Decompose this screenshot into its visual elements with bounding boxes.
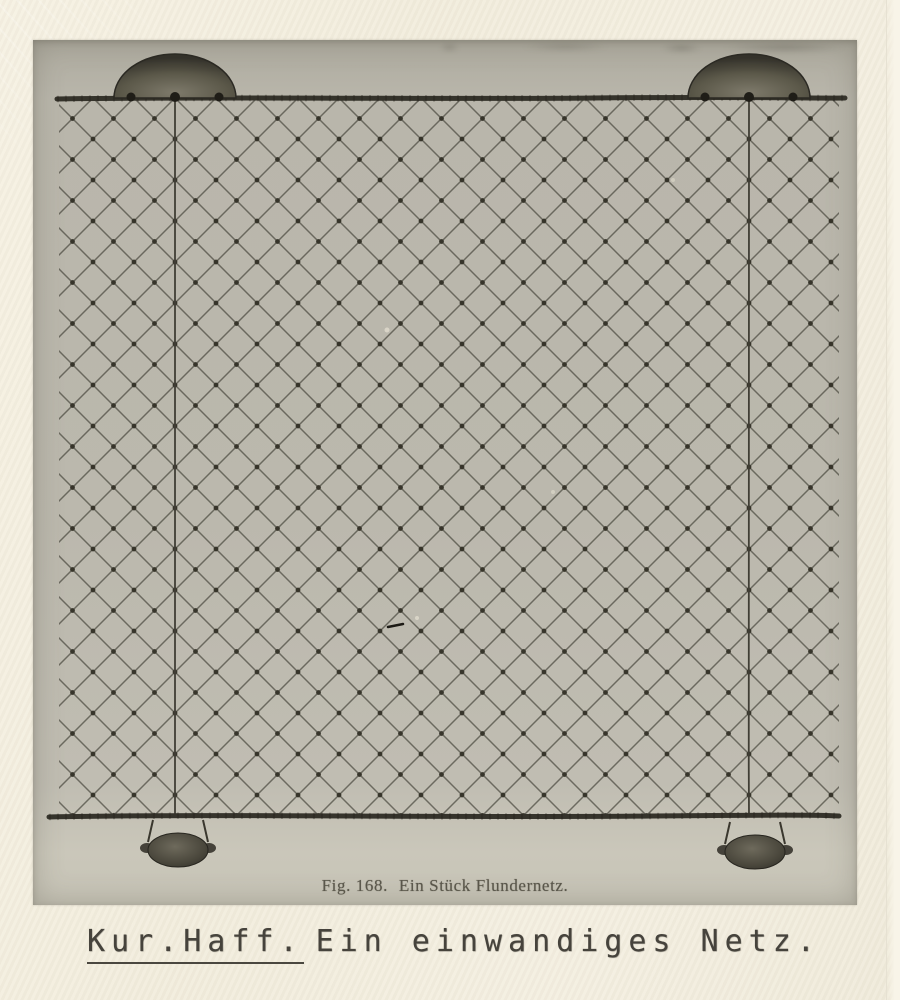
typed-caption: Kur.Haff.Ein einwandiges Netz. bbox=[87, 924, 821, 959]
seam-line-left bbox=[175, 98, 176, 816]
float-buoy-left bbox=[114, 54, 236, 102]
typed-caption-text: Ein einwandiges Netz. bbox=[316, 924, 821, 959]
float-buoy-right bbox=[688, 54, 810, 102]
net-drawing bbox=[33, 40, 857, 905]
typed-caption-location: Kur.Haff. bbox=[87, 924, 304, 964]
figure-title: Ein Stück Flundernetz. bbox=[399, 876, 568, 895]
ground-rope bbox=[49, 815, 839, 817]
scan-right-edge bbox=[886, 0, 900, 1000]
sinker-weight-right bbox=[717, 822, 793, 869]
net-mesh bbox=[59, 98, 839, 816]
photograph: Fig. 168.Ein Stück Flundernetz. bbox=[33, 40, 857, 905]
figure-caption: Fig. 168.Ein Stück Flundernetz. bbox=[33, 876, 857, 896]
scanned-page: Fig. 168.Ein Stück Flundernetz. Kur.Haff… bbox=[0, 0, 900, 1000]
sinker-weight-left bbox=[140, 820, 216, 867]
seam-line-right bbox=[749, 98, 750, 816]
figure-number: Fig. 168. bbox=[322, 876, 388, 895]
